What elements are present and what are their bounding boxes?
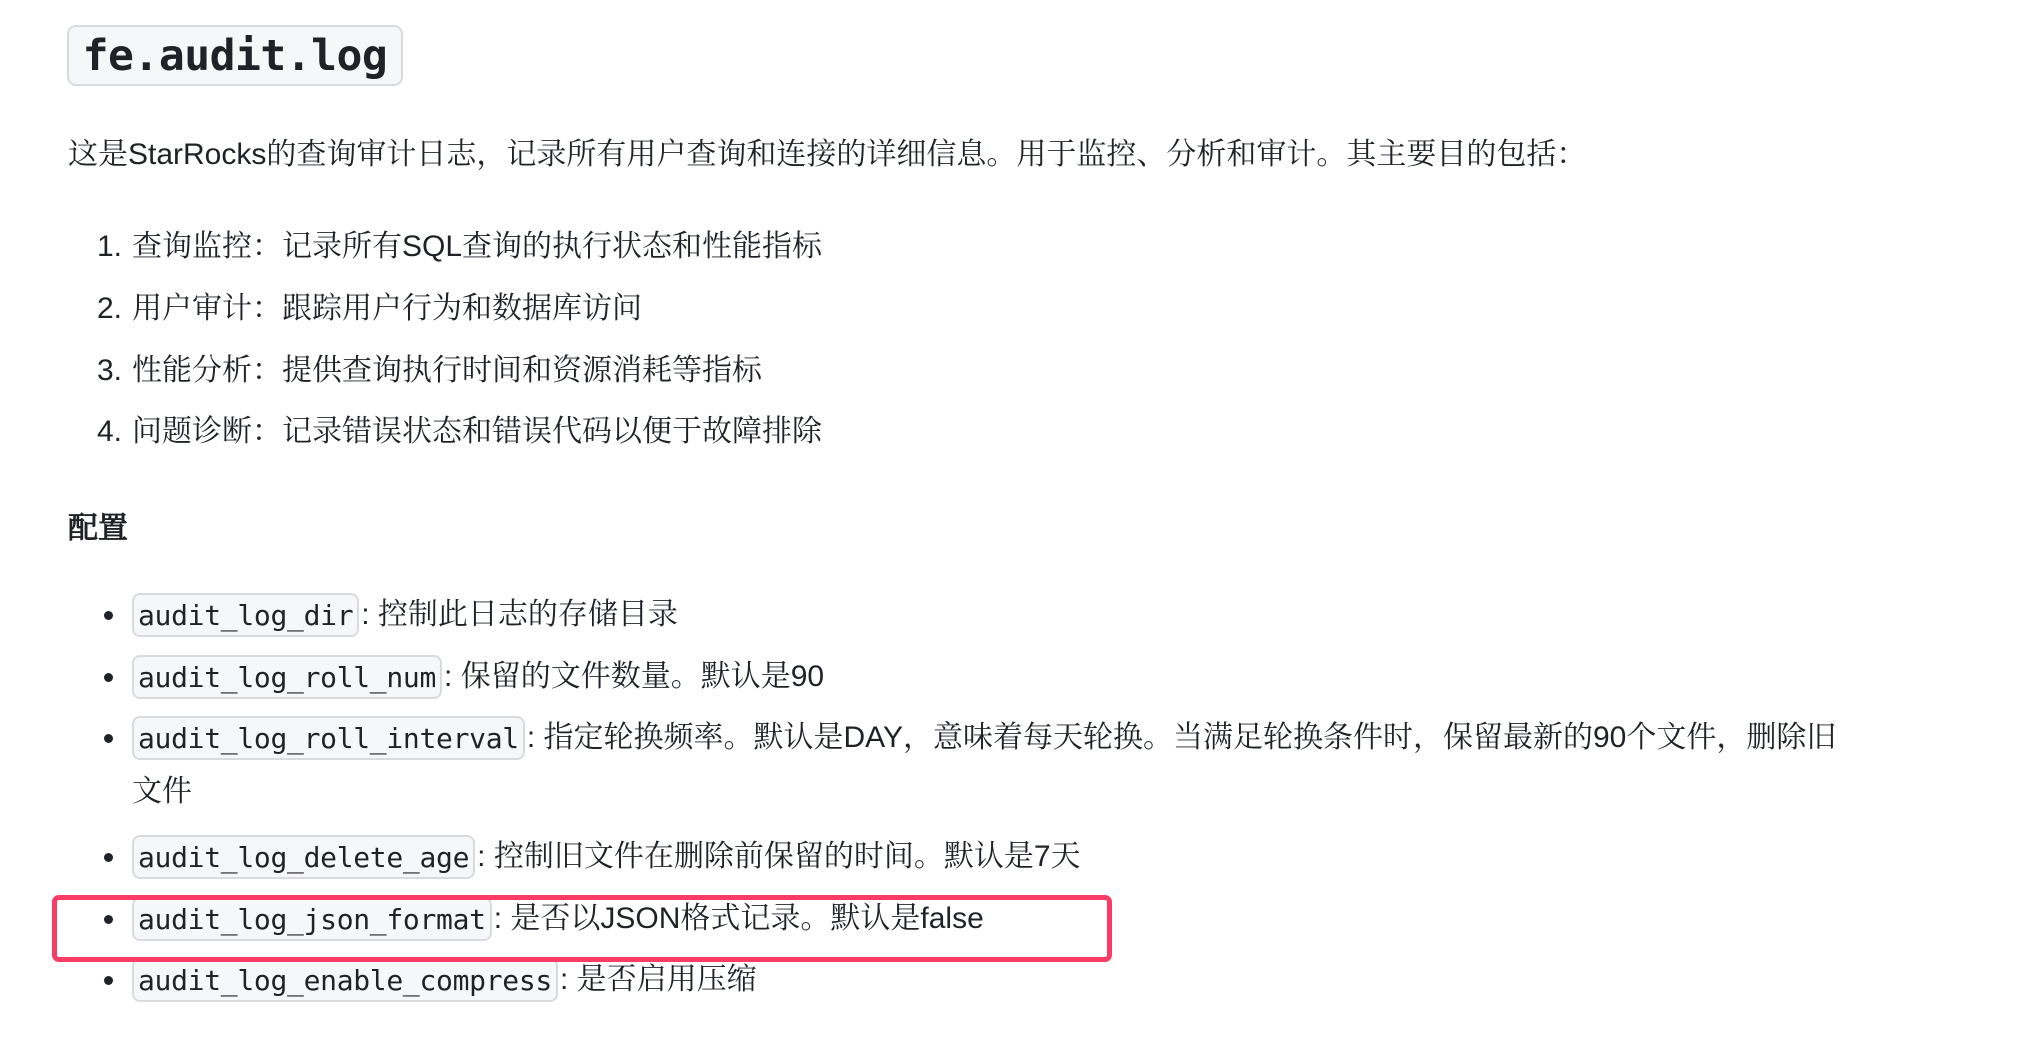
bullet-icon xyxy=(104,611,113,620)
bullet-icon xyxy=(104,915,113,924)
config-list-item: audit_log_dir : 控制此日志的存储目录 xyxy=(100,593,678,637)
list-number: 4. xyxy=(97,412,132,452)
config-key: audit_log_json_format xyxy=(132,897,492,941)
intro-paragraph: 这是StarRocks的查询审计日志，记录所有用户查询和连接的详细信息。用于监控… xyxy=(68,135,1586,175)
config-desc: : 控制此日志的存储目录 xyxy=(361,595,678,635)
config-key: audit_log_roll_interval xyxy=(132,716,525,760)
config-list-item-highlighted: audit_log_json_format : 是否以JSON格式记录。默认是f… xyxy=(100,897,984,941)
purpose-list-item: 3. 性能分析：提供查询执行时间和资源消耗等指标 xyxy=(97,351,762,391)
config-desc-wrap: 文件 xyxy=(132,772,192,812)
config-list-item: audit_log_roll_interval : 指定轮换频率。默认是DAY，… xyxy=(100,716,1836,760)
purpose-list-item: 4. 问题诊断：记录错误状态和错误代码以便于故障排除 xyxy=(97,412,822,452)
config-desc: : 指定轮换频率。默认是DAY，意味着每天轮换。当满足轮换条件时，保留最新的90… xyxy=(527,718,1837,758)
page-heading: fe.audit.log xyxy=(67,25,403,86)
config-key: audit_log_roll_num xyxy=(132,655,442,699)
list-number: 3. xyxy=(97,351,132,391)
bullet-icon xyxy=(104,734,113,743)
purpose-list-item: 2. 用户审计：跟踪用户行为和数据库访问 xyxy=(97,289,642,329)
config-key: audit_log_enable_compress xyxy=(132,958,558,1002)
config-desc: : 是否以JSON格式记录。默认是false xyxy=(494,899,984,939)
heading-title: fe.audit.log xyxy=(83,31,388,81)
config-desc: : 是否启用压缩 xyxy=(560,960,757,1000)
config-desc: : 控制旧文件在删除前保留的时间。默认是7天 xyxy=(477,837,1080,877)
config-key: audit_log_delete_age xyxy=(132,835,475,879)
list-number: 2. xyxy=(97,289,132,329)
config-list-item: audit_log_delete_age : 控制旧文件在删除前保留的时间。默认… xyxy=(100,835,1081,879)
bullet-icon xyxy=(104,673,113,682)
config-list-item: audit_log_roll_num : 保留的文件数量。默认是90 xyxy=(100,655,824,699)
section-title-config: 配置 xyxy=(68,509,128,549)
list-item-text: 问题诊断：记录错误状态和错误代码以便于故障排除 xyxy=(132,412,822,452)
bullet-icon xyxy=(104,976,113,985)
config-key: audit_log_dir xyxy=(132,593,359,637)
config-desc: : 保留的文件数量。默认是90 xyxy=(444,657,824,697)
list-item-text: 查询监控：记录所有SQL查询的执行状态和性能指标 xyxy=(132,227,822,267)
config-list-item: audit_log_enable_compress : 是否启用压缩 xyxy=(100,958,757,1002)
list-item-text: 用户审计：跟踪用户行为和数据库访问 xyxy=(132,289,642,329)
bullet-icon xyxy=(104,853,113,862)
list-item-text: 性能分析：提供查询执行时间和资源消耗等指标 xyxy=(132,351,762,391)
list-number: 1. xyxy=(97,227,132,267)
purpose-list-item: 1. 查询监控：记录所有SQL查询的执行状态和性能指标 xyxy=(97,227,822,267)
